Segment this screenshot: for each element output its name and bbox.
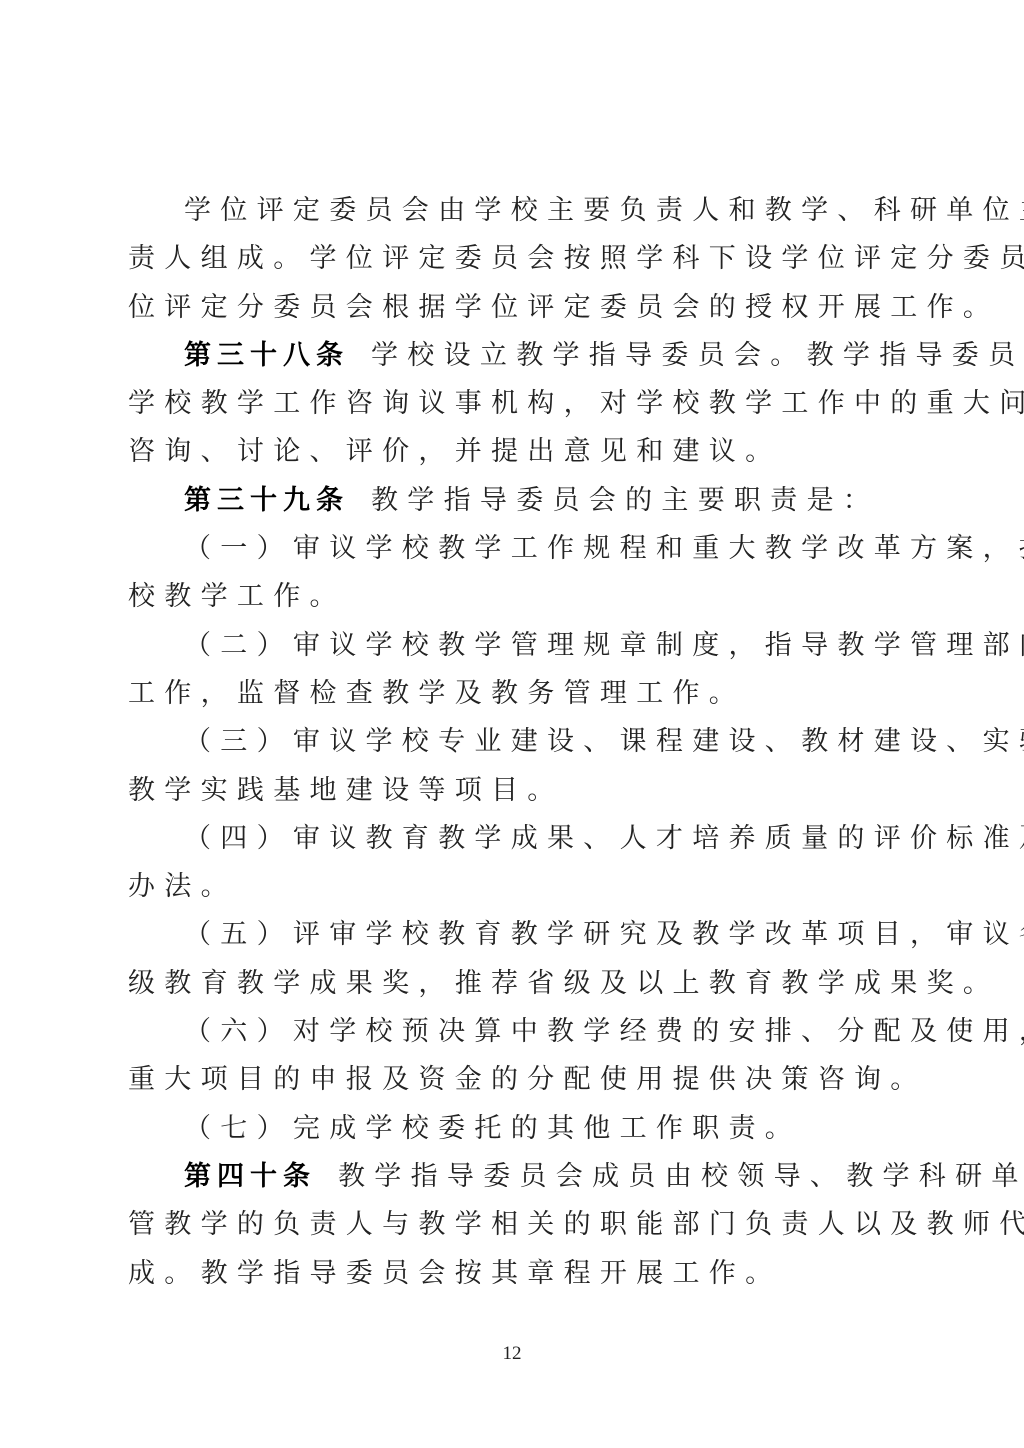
text-line: （二）审议学校教学管理规章制度，指导教学管理部门开展 — [128, 622, 900, 670]
text-line: 第四十条教学指导委员会成员由校领导、教学科研单位分 — [128, 1153, 900, 1201]
article-text: 学校设立教学指导委员会。教学指导委员会是 — [371, 340, 1024, 371]
article-text: 教学指导委员会的主要职责是： — [371, 485, 879, 516]
text-line: （六）对学校预决算中教学经费的安排、分配及使用，教学 — [128, 1008, 900, 1056]
text-line: 咨询、讨论、评价，并提出意见和建议。 — [128, 428, 900, 476]
text-line: （四）审议教育教学成果、人才培养质量的评价标准及考核 — [128, 815, 900, 863]
text-line: 管教学的负责人与教学相关的职能部门负责人以及教师代表组 — [128, 1201, 900, 1249]
list-item-6: （六）对学校预决算中教学经费的安排、分配及使用，教学 重大项目的申报及资金的分配… — [128, 1008, 900, 1105]
paragraph-degree-committee: 学位评定委员会由学校主要负责人和教学、科研单位主要负 责人组成。学位评定委员会按… — [128, 187, 900, 332]
text-line: 校教学工作。 — [128, 573, 900, 621]
list-item-7: （七）完成学校委托的其他工作职责。 — [128, 1105, 900, 1153]
text-line: 教学实践基地建设等项目。 — [128, 767, 900, 815]
text-line: （七）完成学校委托的其他工作职责。 — [128, 1105, 900, 1153]
text-line: 位评定分委员会根据学位评定委员会的授权开展工作。 — [128, 284, 900, 332]
text-line: （一）审议学校教学工作规程和重大教学改革方案，指导全 — [128, 525, 900, 573]
article-heading: 第四十条 — [184, 1161, 316, 1192]
list-item-4: （四）审议教育教学成果、人才培养质量的评价标准及考核 办法。 — [128, 815, 900, 912]
text-line: 学校教学工作咨询议事机构，对学校教学工作中的重大问题进行 — [128, 380, 900, 428]
text-line: 工作，监督检查教学及教务管理工作。 — [128, 670, 900, 718]
text-line: 学位评定委员会由学校主要负责人和教学、科研单位主要负 — [128, 187, 900, 235]
text-line: （三）审议学校专业建设、课程建设、教材建设、实验室与 — [128, 718, 900, 766]
text-line: 成。教学指导委员会按其章程开展工作。 — [128, 1250, 900, 1298]
text-line: 责人组成。学位评定委员会按照学科下设学位评定分委员会。学 — [128, 235, 900, 283]
text-line: 第三十八条学校设立教学指导委员会。教学指导委员会是 — [128, 332, 900, 380]
text-line: 级教育教学成果奖，推荐省级及以上教育教学成果奖。 — [128, 960, 900, 1008]
text-line: 办法。 — [128, 863, 900, 911]
list-item-3: （三）审议学校专业建设、课程建设、教材建设、实验室与 教学实践基地建设等项目。 — [128, 718, 900, 815]
paragraph-article-38: 第三十八条学校设立教学指导委员会。教学指导委员会是 学校教学工作咨询议事机构，对… — [128, 332, 900, 477]
document-page: 学位评定委员会由学校主要负责人和教学、科研单位主要负 责人组成。学位评定委员会按… — [0, 0, 1024, 1448]
text-line: 重大项目的申报及资金的分配使用提供决策咨询。 — [128, 1056, 900, 1104]
text-line: 第三十九条教学指导委员会的主要职责是： — [128, 477, 900, 525]
list-item-2: （二）审议学校教学管理规章制度，指导教学管理部门开展 工作，监督检查教学及教务管… — [128, 622, 900, 719]
article-text: 教学指导委员会成员由校领导、教学科研单位分 — [338, 1161, 1024, 1192]
page-number: 12 — [0, 1343, 1024, 1365]
paragraph-article-39: 第三十九条教学指导委员会的主要职责是： — [128, 477, 900, 525]
text-line: （五）评审学校教育教学研究及教学改革项目，审议各类校 — [128, 911, 900, 959]
article-heading: 第三十九条 — [184, 485, 349, 516]
paragraph-article-40: 第四十条教学指导委员会成员由校领导、教学科研单位分 管教学的负责人与教学相关的职… — [128, 1153, 900, 1298]
article-heading: 第三十八条 — [184, 340, 349, 371]
document-body: 学位评定委员会由学校主要负责人和教学、科研单位主要负 责人组成。学位评定委员会按… — [128, 187, 900, 1298]
list-item-5: （五）评审学校教育教学研究及教学改革项目，审议各类校 级教育教学成果奖，推荐省级… — [128, 911, 900, 1008]
list-item-1: （一）审议学校教学工作规程和重大教学改革方案，指导全 校教学工作。 — [128, 525, 900, 622]
